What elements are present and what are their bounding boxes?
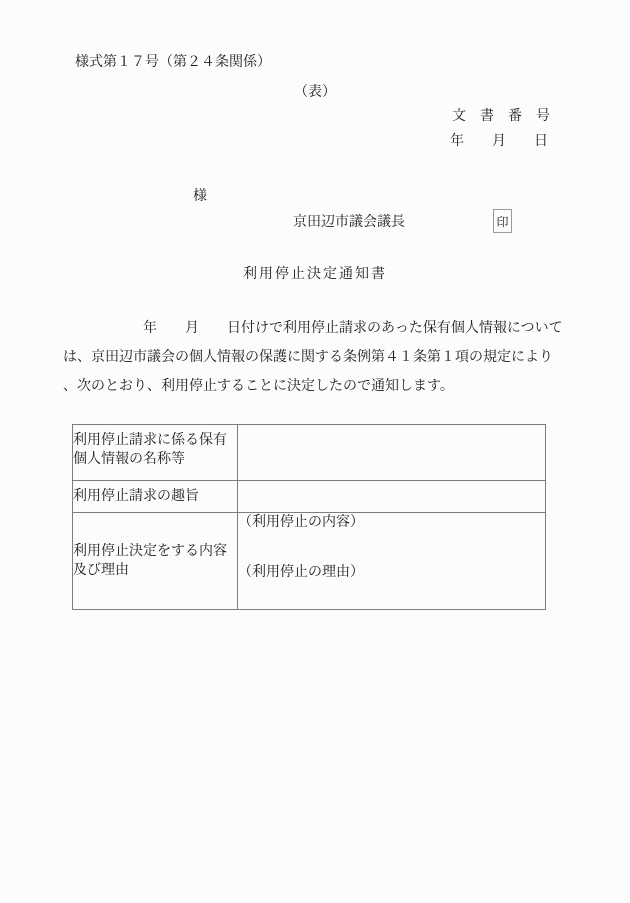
doc-number-label: 文 書 番 号 bbox=[452, 105, 550, 125]
row-value: （利用停止の内容） （利用停止の理由） bbox=[238, 513, 546, 610]
addressee-honorific: 様 bbox=[193, 185, 207, 205]
row-label-line: 利用停止決定をする内容 bbox=[73, 542, 237, 561]
sender-title: 京田辺市議会議長 bbox=[293, 211, 405, 231]
row-label-line: 個人情報の名称等 bbox=[73, 450, 237, 469]
date-label: 年 月 日 bbox=[450, 130, 548, 150]
row-label: 利用停止決定をする内容 及び理由 bbox=[73, 513, 238, 610]
document-title: 利用停止決定通知書 bbox=[0, 263, 630, 283]
form-number: 様式第１７号（第２４条関係） bbox=[75, 51, 271, 71]
body-line: は、京田辺市議会の個人情報の保護に関する条例第４１条第１項の規定により bbox=[63, 343, 563, 372]
row-value-empty bbox=[238, 481, 546, 513]
table-row-request-purpose: 利用停止請求の趣旨 bbox=[73, 481, 546, 513]
notice-table: 利用停止請求に係る保有 個人情報の名称等 利用停止請求の趣旨 利用停止決定をする… bbox=[72, 424, 546, 610]
body-paragraph: 年 月 日付けで利用停止請求のあった保有個人情報について は、京田辺市議会の個人… bbox=[63, 314, 563, 401]
row-label: 利用停止請求に係る保有 個人情報の名称等 bbox=[73, 425, 238, 481]
value-line-reason: （利用停止の理由） bbox=[238, 563, 545, 582]
value-line-content: （利用停止の内容） bbox=[238, 513, 545, 532]
row-label-line: 利用停止請求に係る保有 bbox=[73, 431, 237, 450]
row-label-line: 及び理由 bbox=[73, 561, 237, 580]
table-row-decision-content-reason: 利用停止決定をする内容 及び理由 （利用停止の内容） （利用停止の理由） bbox=[73, 513, 546, 610]
row-value-empty bbox=[238, 425, 546, 481]
body-line: 、次のとおり、利用停止することに決定したので通知します。 bbox=[63, 372, 563, 401]
row-label-line: 利用停止請求の趣旨 bbox=[73, 487, 237, 506]
row-label: 利用停止請求の趣旨 bbox=[73, 481, 238, 513]
page-side-label: （表） bbox=[0, 81, 630, 101]
document-page: 様式第１７号（第２４条関係） （表） 文 書 番 号 年 月 日 様 京田辺市議… bbox=[0, 0, 630, 903]
seal-stamp: 印 bbox=[493, 209, 512, 233]
table-row-held-info-name: 利用停止請求に係る保有 個人情報の名称等 bbox=[73, 425, 546, 481]
body-line: 年 月 日付けで利用停止請求のあった保有個人情報について bbox=[63, 314, 563, 343]
